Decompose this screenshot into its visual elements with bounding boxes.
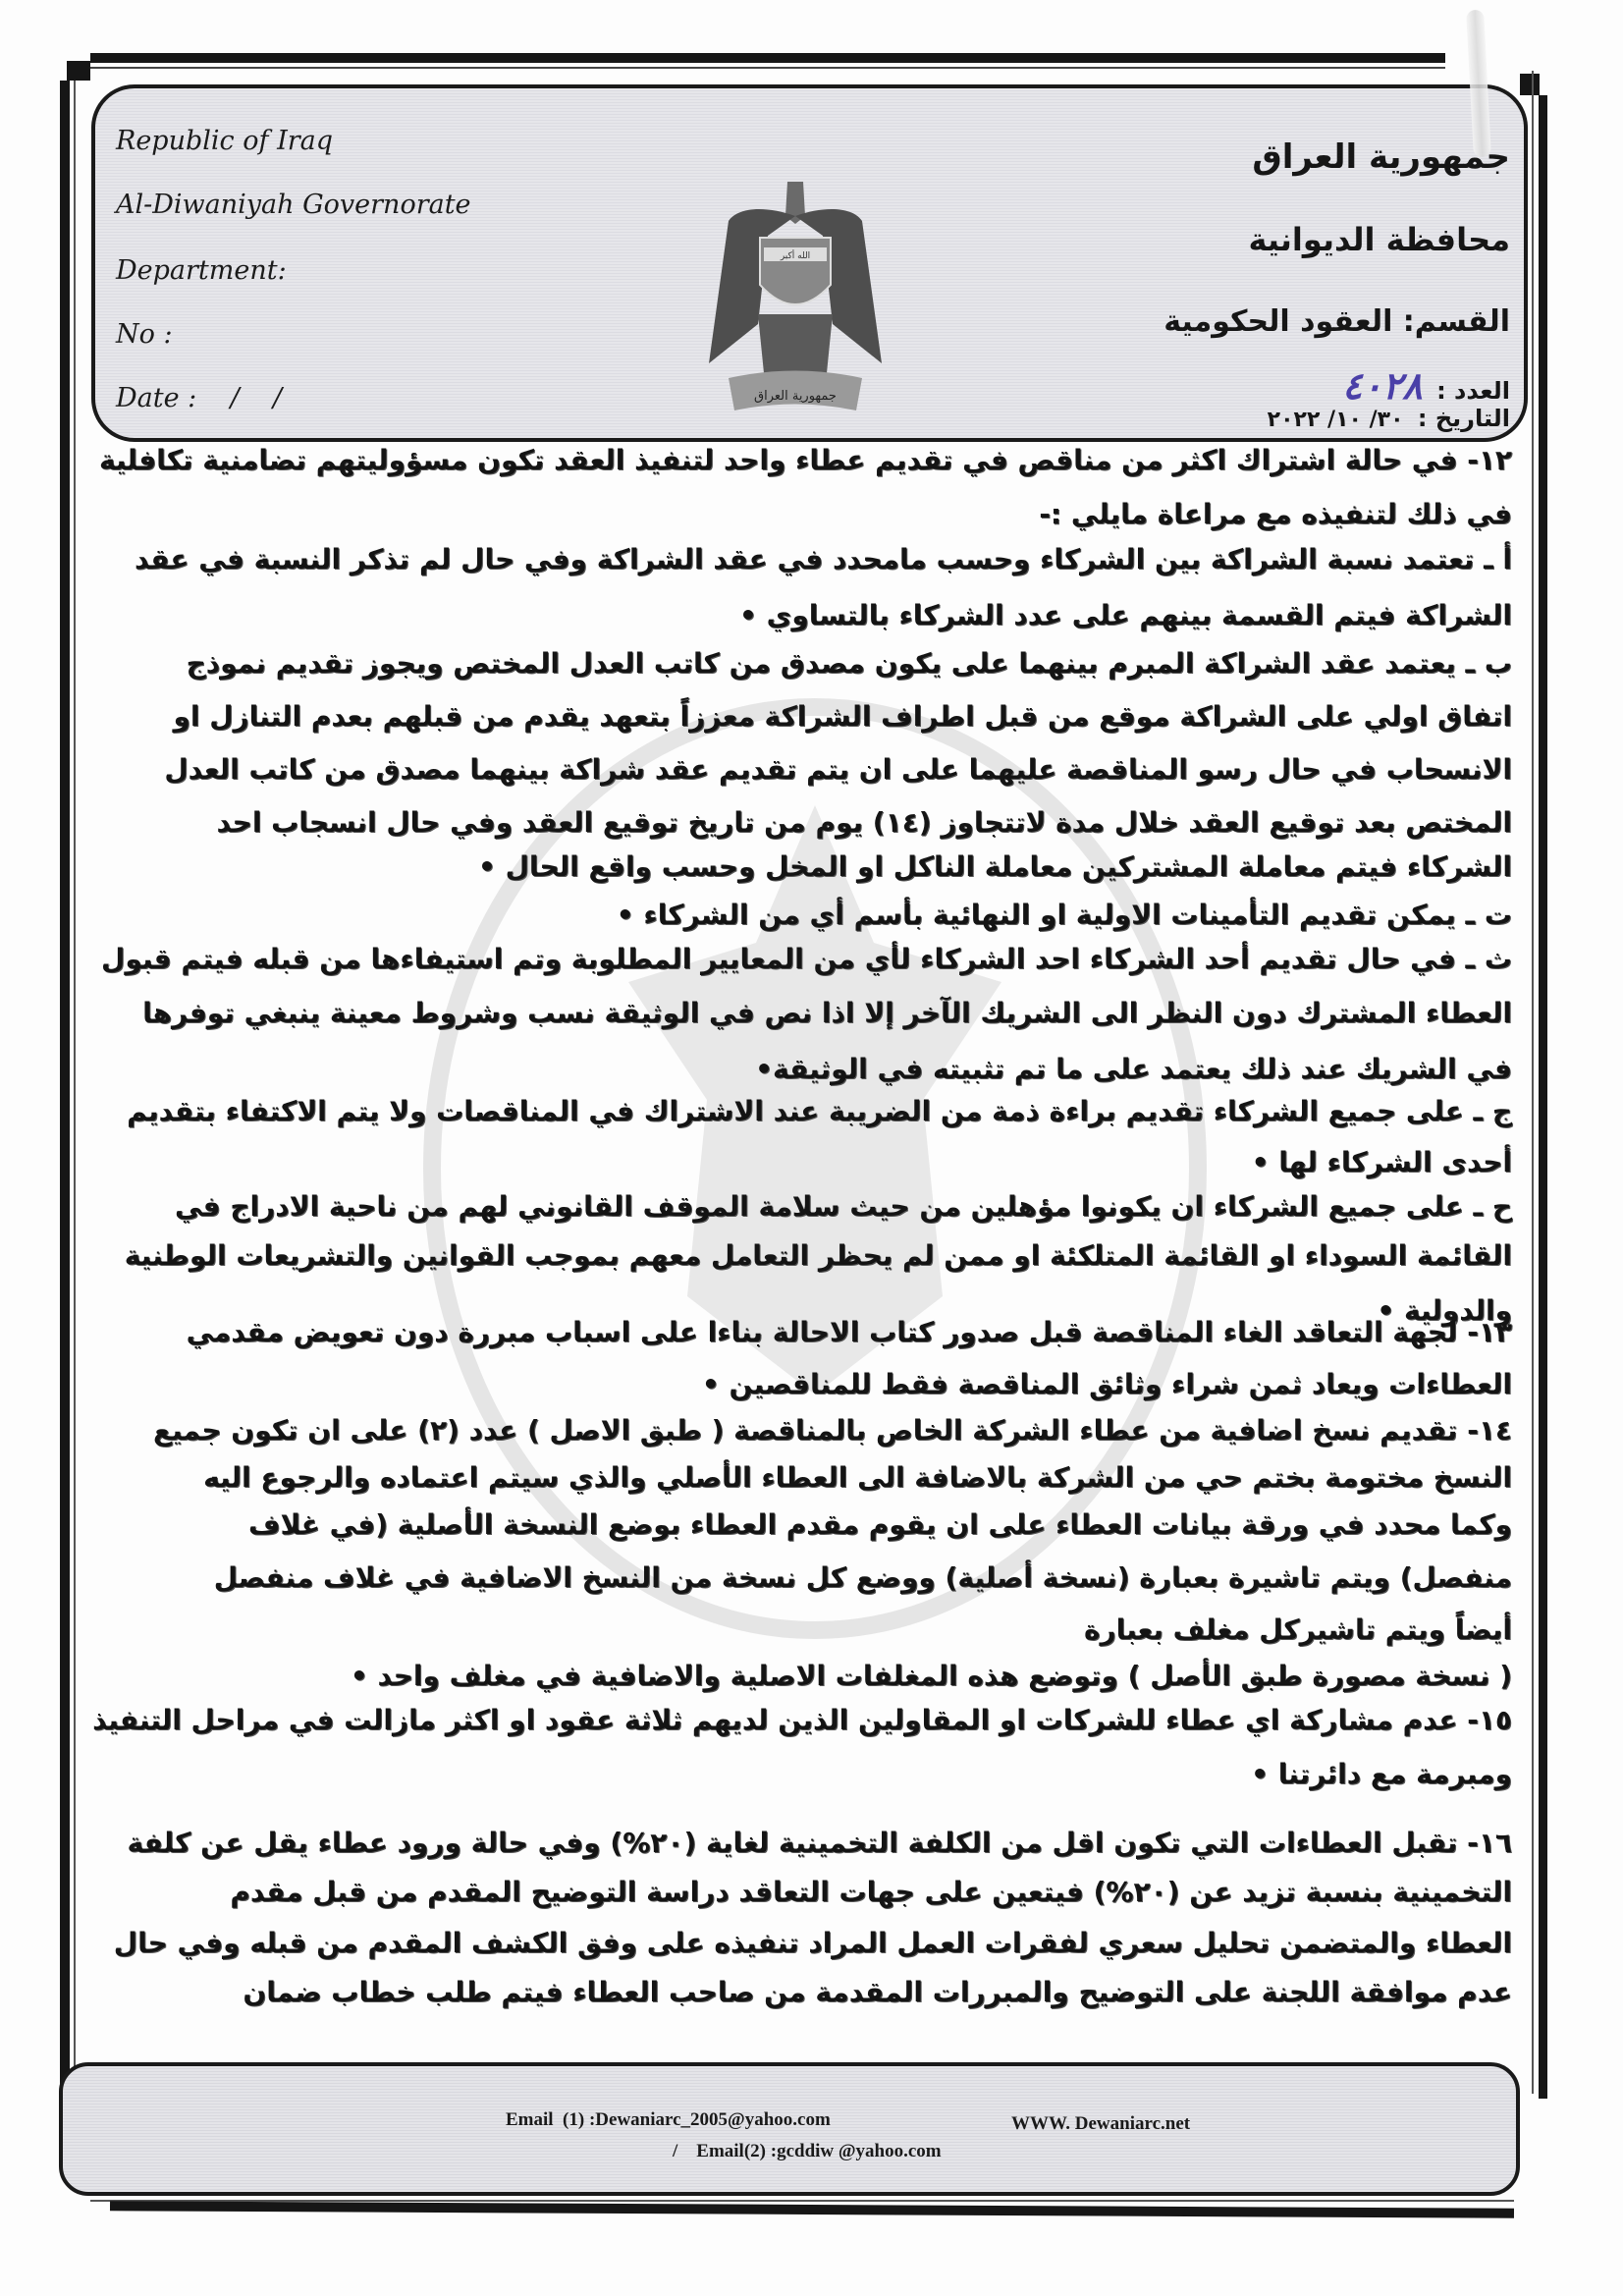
frame-left-thin-border [74, 81, 76, 2089]
frame-corner-top-left [67, 61, 90, 81]
body-line: اتفاق اولي على الشراكة موقع من قبل اطراف… [108, 700, 1532, 733]
body-line: ( نسخة مصورة طبق الأصل ) وتوضع هذه المغل… [108, 1660, 1532, 1692]
letterhead-department-ar: القسم: العقود الحكومية [1163, 304, 1510, 339]
body-line: ومبرمة مع دائرتنا • [108, 1758, 1532, 1790]
frame-top-thin-border [90, 67, 1445, 69]
body-line: الشراكة فيتم القسمة بينهم على عدد الشركا… [108, 599, 1532, 631]
body-line: الانسحاب في حال رسو المناقصة عليهما على … [108, 753, 1532, 786]
body-line: وكما محدد في ورقة بيانات العطاء على ان ي… [108, 1508, 1512, 1541]
svg-text:الله أكبر: الله أكبر [780, 249, 810, 261]
body-line: منفصل) ويتم تاشيرة بعبارة (نسخة أصلية) و… [108, 1561, 1532, 1594]
handwritten-number: ٤٠٢٨ [1342, 363, 1423, 408]
letterhead-date-ar: التاريخ : ٣٠/ ١٠/ ٢٠٢٢ [1268, 405, 1510, 432]
body-line: ت ـ يمكن تقديم التأمينات الاولية او النه… [108, 899, 1512, 931]
body-line: العطاءات ويعاد ثمن شراء وثائق المناقصة ف… [108, 1368, 1532, 1400]
footer-email-2: / Email(2) :gcddiw @yahoo.com [673, 2141, 942, 2162]
date-label: التاريخ : [1418, 405, 1510, 432]
letterhead-country-ar: جمهورية العراق [1252, 137, 1510, 177]
svg-text:جمهورية العراق: جمهورية العراق [754, 389, 837, 404]
body-line: أيضاً ويتم تاشيركل مغلف بعبارة [108, 1613, 1532, 1646]
body-line: ب ـ يعتمد عقد الشراكة المبرم بينهما على … [108, 647, 1512, 680]
body-line: في الشريك عند ذلك يعتمد على ما تم تثبيته… [108, 1053, 1532, 1085]
date-value: ٣٠/ ١٠/ ٢٠٢٢ [1268, 408, 1404, 432]
letterhead-governorate-en: Al-Diwaniyah Governorate [116, 190, 471, 220]
frame-left-border [60, 81, 70, 2089]
body-line: المختص بعد توقيع العقد خلال مدة لاتتجاوز… [108, 806, 1532, 839]
body-line: ١٣- لجهة التعاقد الغاء المناقصة قبل صدور… [108, 1316, 1512, 1348]
body-line: العطاء المشترك دون النظر الى الشريك الآخ… [108, 997, 1532, 1029]
body-line: الشركاء فيتم معاملة المشتركين معاملة الن… [108, 850, 1532, 883]
body-line: القائمة السوداء او القائمة المتلكئة او م… [108, 1239, 1532, 1272]
body-line: في ذلك لتنفيذه مع مراعاة مايلي :- [108, 498, 1532, 530]
body-line: النسخ مختومة بختم حي من الشركة بالاضافة … [108, 1461, 1532, 1494]
letterhead-department-label-en: Department: [116, 255, 287, 286]
letterhead-governorate-ar: محافظة الديوانية [1248, 221, 1510, 258]
iraq-emblem-icon: الله أكبر جمهورية العراق [699, 177, 892, 422]
body-line: أ ـ تعتمد نسبة الشراكة بين الشركاء وحسب … [108, 543, 1512, 575]
footer-email-1: Email (1) :Dewaniarc_2005@yahoo.com [506, 2109, 831, 2131]
body-line: عدم موافقة اللجنة على التوضيح والمبررات … [128, 1976, 1532, 2008]
body-line: أحدى الشركاء لها • [108, 1146, 1532, 1178]
frame-right-border [1539, 95, 1547, 2099]
letterhead-number-label-en: No : [116, 319, 173, 350]
body-line: ح ـ على جميع الشركاء ان يكونوا مؤهلين من… [108, 1190, 1512, 1223]
body-line: ج ـ على جميع الشركاء تقديم براءة ذمة من … [108, 1095, 1512, 1127]
letterhead-country-en: Republic of Iraq [116, 126, 333, 156]
body-line: التخمينية بنسبة تزيد عن (٢٠%) فيتعين على… [108, 1876, 1532, 1908]
letterhead-number-ar: العدد : ٤٠٢٨ [1342, 363, 1510, 408]
number-label: العدد : [1436, 377, 1510, 405]
body-line: العطاء والمتضمن تحليل سعري لفقرات العمل … [108, 1927, 1532, 1959]
frame-top-border [90, 53, 1445, 63]
body-line: ١٢- في حالة اشتراك اكثر من مناقص في تقدي… [108, 444, 1512, 476]
body-line: ١٥- عدم مشاركة اي عطاء للشركات او المقاو… [108, 1704, 1512, 1736]
body-line: ١٤- تقديم نسخ اضافية من عطاء الشركة الخا… [108, 1414, 1512, 1447]
footer-website: WWW. Dewaniarc.net [1011, 2113, 1190, 2135]
letterhead-date-label-en: Date : / / [116, 383, 282, 413]
body-line: ١٦- تقبل العطاءات التي تكون اقل من الكلف… [108, 1827, 1512, 1859]
frame-right-thin-border [1532, 71, 1534, 2094]
frame-bottom-border [110, 2201, 1514, 2217]
body-line: ث ـ في حال تقديم أحد الشركاء احد الشركاء… [108, 943, 1512, 975]
frame-corner-top-right [1520, 74, 1540, 95]
